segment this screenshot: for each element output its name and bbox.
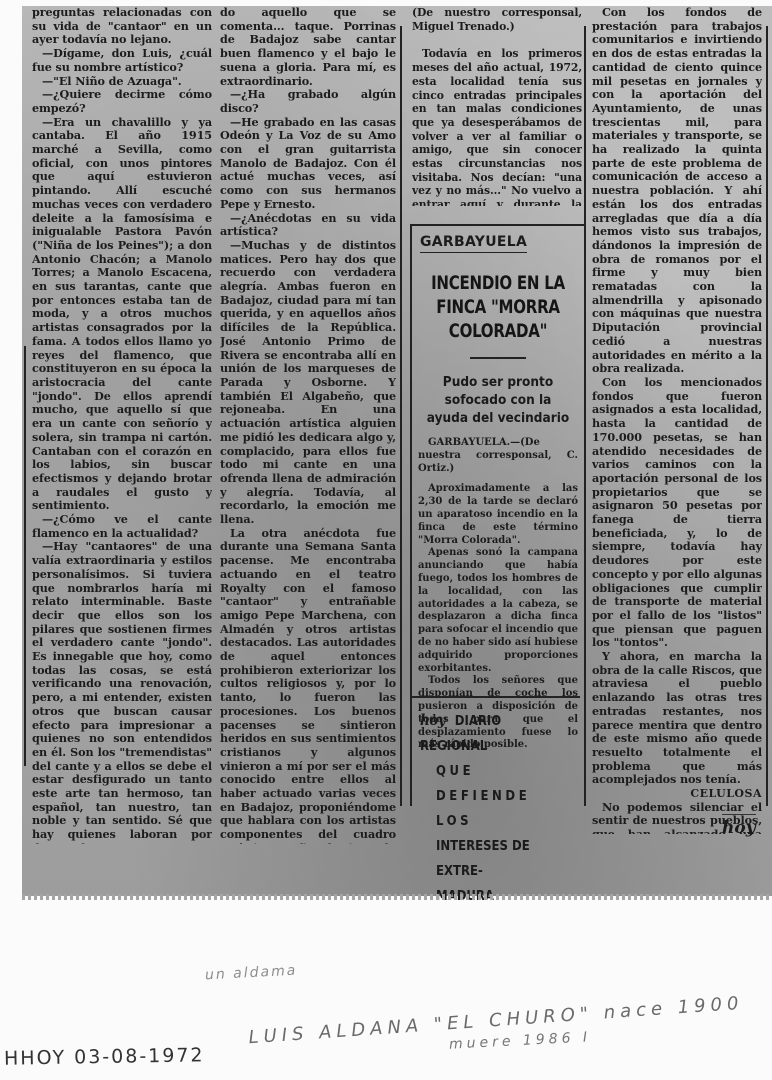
handwritten-note: un aldama [205, 963, 298, 984]
paragraph: —¿Cómo ve el cante flamenco en la actual… [32, 513, 212, 540]
paragraph: Todavía en los primeros meses del año ac… [412, 47, 582, 206]
paragraph: Aproximadamente a las 2,30 de la tarde s… [418, 483, 578, 547]
column-rule [584, 26, 586, 806]
paragraph: Apenas sonó la campana anunciando que ha… [418, 547, 578, 675]
paragraph: Con los mencionados fondos que fueron as… [592, 376, 762, 650]
paragraph: do aquello que se comenta... taque. Porr… [220, 6, 396, 88]
paragraph: —Era un chavalillo y ya cantaba. El año … [32, 116, 212, 513]
paragraph: —¿Quiere decirme cómo empezó? [32, 88, 212, 115]
column-rule [400, 26, 402, 806]
article-headline: INCENDIO EN LA FINCA "MORRA COLORADA" [426, 271, 570, 343]
column-interview-2: do aquello que se comenta... taque. Porr… [220, 6, 396, 844]
handwritten-note-date: HHOY 03-08-1972 [4, 1044, 205, 1069]
byline: (De nuestro corresponsal, Miguel Trenado… [412, 6, 582, 33]
column-interview-1: preguntas relacionadas con su vida de "c… [32, 6, 212, 844]
section-label: GARBAYUELA [420, 234, 527, 253]
promo-line: INTERESES DE EXTRE- [436, 834, 566, 884]
paragraph: —He grabado en las casas Odeón y La Voz … [220, 116, 396, 212]
paragraph: —¿Anécdotas en su vida artística? [220, 212, 396, 239]
hoy-logo: hoy [722, 814, 756, 838]
divider [470, 357, 526, 359]
paragraph: Y ahora, en marcha la obra de la calle R… [592, 650, 762, 787]
dateline: GARBAYUELA.—(De nuestra corresponsal, C.… [418, 437, 578, 475]
paragraph: Con los fondos de prestación para trabaj… [592, 6, 762, 376]
hoy-logo: hoy [420, 711, 445, 729]
paragraph: —Dígame, don Luis, ¿cuál fue su nombre a… [32, 47, 212, 74]
promo-line: QUE DEFIENDE LOS [436, 759, 566, 834]
paragraph: La otra anécdota fue durante una Semana … [220, 527, 396, 844]
column-rule-left [24, 346, 26, 766]
column-local-news: (De nuestro corresponsal, Miguel Trenado… [412, 6, 582, 206]
paragraph: preguntas relacionadas con su vida de "c… [32, 6, 212, 47]
paragraph: —Hay "cantaores" de una valía extraordin… [32, 540, 212, 844]
column-rule-right [766, 26, 768, 806]
article-subheadline: Pudo ser pronto sofocado con la ayuda de… [426, 373, 570, 427]
paragraph: —Muchas y de distintos matices. Pero hay… [220, 239, 396, 527]
newspaper-promo: hoy DIARIO REGIONAL QUE DEFIENDE LOS INT… [410, 696, 580, 808]
promo-line: MADURA [436, 884, 566, 909]
section-heading-celulosa: CELULOSA [592, 787, 762, 801]
paragraph: —"El Niño de Azuaga". [32, 75, 212, 89]
newspaper-clipping: preguntas relacionadas con su vida de "c… [22, 6, 772, 896]
paragraph: —¿Ha grabado algún disco? [220, 88, 396, 115]
column-local-news-2: Con los fondos de prestación para trabaj… [592, 6, 762, 834]
